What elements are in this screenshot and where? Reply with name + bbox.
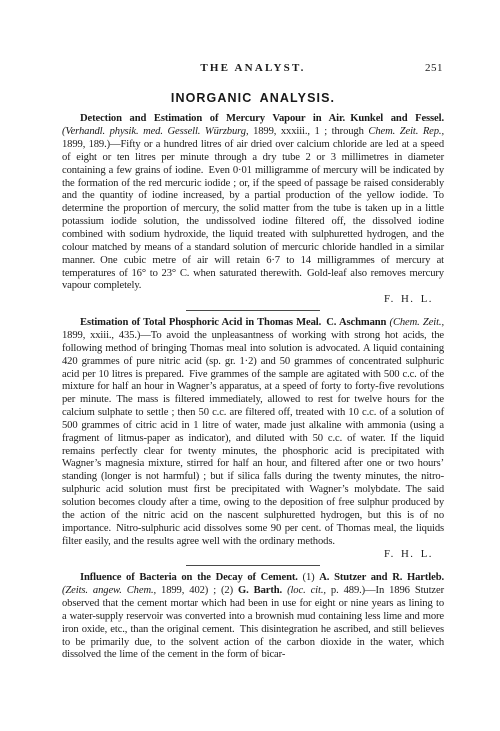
- article-mercury-vapour: Detection and Estimation of Mercury Vapo…: [62, 113, 444, 306]
- author-initials: F. H. L.: [62, 548, 444, 561]
- articles-container: Detection and Estimation of Mercury Vapo…: [62, 113, 444, 662]
- section-divider: [186, 310, 320, 311]
- page-number: 251: [425, 61, 443, 75]
- article-cement-bacteria: Influence of Bacteria on the Decay of Ce…: [62, 572, 444, 662]
- section-divider: [186, 565, 320, 566]
- masthead: THE ANALYST. 251: [62, 61, 444, 75]
- article-text: Influence of Bacteria on the Decay of Ce…: [62, 572, 444, 662]
- journal-page: THE ANALYST. 251 INORGANIC ANALYSIS. Det…: [62, 0, 444, 662]
- article-phosphoric-acid: Estimation of Total Phosphoric Acid in T…: [62, 317, 444, 561]
- author-initials: F. H. L.: [62, 293, 444, 306]
- section-title: INORGANIC ANALYSIS.: [62, 91, 444, 105]
- running-head: THE ANALYST.: [62, 61, 444, 75]
- article-text: Detection and Estimation of Mercury Vapo…: [62, 113, 444, 293]
- article-text: Estimation of Total Phosphoric Acid in T…: [62, 317, 444, 548]
